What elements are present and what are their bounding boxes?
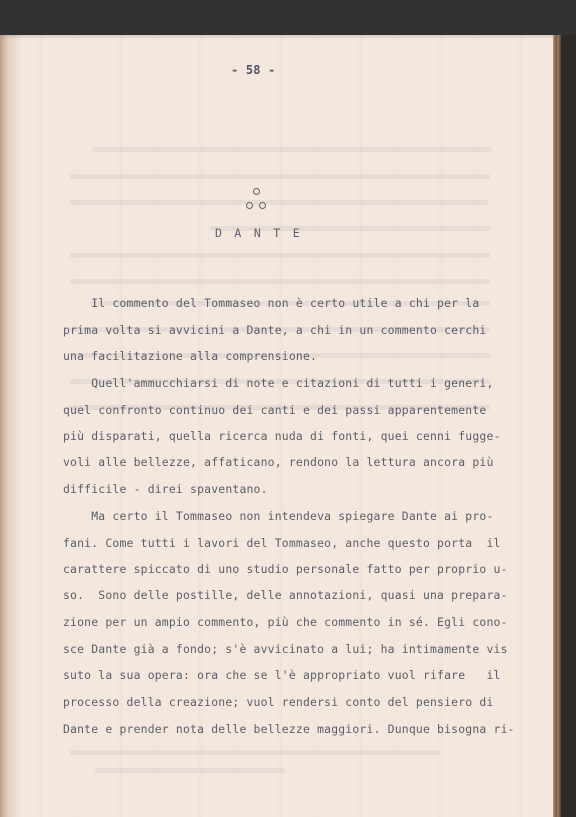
text-line: Ma certo il Tommaseo non intendeva spieg… bbox=[63, 509, 494, 523]
text-line: più disparati, quella ricerca nuda di fo… bbox=[63, 429, 501, 443]
text-line: carattere spiccato di uno studio persona… bbox=[63, 562, 508, 576]
text-line: Dante e prender nota delle bellezze magg… bbox=[63, 722, 515, 736]
bleed-through-line bbox=[70, 279, 490, 284]
text-line: quel confronto continuo dei canti e dei … bbox=[63, 403, 486, 417]
text-line: suto la sua opera: ora che se l'è approp… bbox=[63, 668, 501, 682]
text-line: Il commento del Tommaseo non è certo uti… bbox=[63, 296, 479, 310]
text-line: Quell'ammucchiarsi di note e citazioni d… bbox=[63, 376, 494, 390]
text-line: sce Dante già a fondo; s'è avvicinato a … bbox=[63, 642, 508, 656]
text-line: fani. Come tutti i lavori del Tommaseo, … bbox=[63, 536, 501, 550]
scan-border bbox=[561, 35, 576, 817]
bleed-through-line bbox=[70, 750, 440, 755]
text-line: prima volta si avvicini a Dante, a chi i… bbox=[63, 323, 486, 337]
text-line: una facilitazione alla comprensione. bbox=[63, 349, 317, 363]
bleed-through-line bbox=[70, 253, 490, 258]
text-line: so. Sono delle postille, delle annotazio… bbox=[63, 588, 508, 602]
bleed-through-line bbox=[70, 174, 490, 179]
scan-background: - 58 - DANTE Il commento del Tommaseo no… bbox=[0, 0, 576, 817]
ornament-dot-left bbox=[246, 202, 253, 209]
chapter-title: DANTE bbox=[215, 226, 312, 240]
text-line: processo della creazione; vuol rendersi … bbox=[63, 695, 494, 709]
bleed-through-line bbox=[95, 768, 285, 773]
text-line: voli alle bellezze, affaticano, rendono … bbox=[63, 455, 494, 469]
page-edge bbox=[553, 35, 561, 817]
ornament-dot-right bbox=[259, 202, 266, 209]
bleed-through-line bbox=[70, 200, 488, 205]
ornament-dot-top bbox=[253, 188, 260, 195]
text-line: zione per un ampio commento, più che com… bbox=[63, 615, 508, 629]
text-line: difficile - direi spaventano. bbox=[63, 482, 268, 496]
page-number: - 58 - bbox=[231, 63, 276, 77]
bleed-through-line bbox=[92, 147, 492, 152]
